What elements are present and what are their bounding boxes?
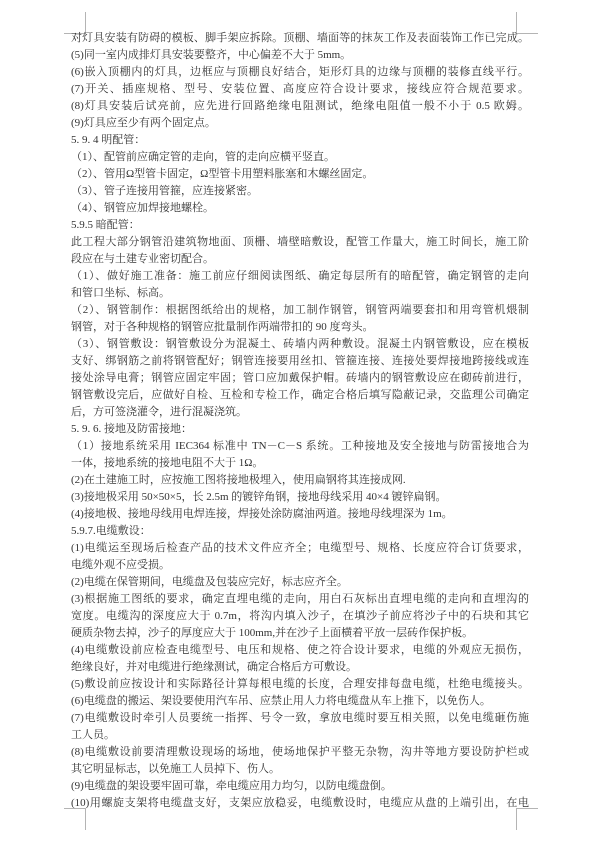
document-line: (7)开关、插座规格、型号、安装位置、高度应符合设计要求，接线应符合规范要求。: [71, 81, 529, 98]
document-line: (1)电缆运至现场后检查产品的技术文件应齐全；电缆型号、规格、长度应符合订货要求…: [71, 540, 529, 557]
document-line: （3）、管子连接用管箍，应连接紧密。: [71, 183, 529, 200]
document-line: 接处涂导电膏；钢管应固定牢固；管口应加戴保护帽。砖墙内的钢管敷设应在砌砖前进行，: [71, 370, 529, 387]
document-line: 和管口坐标、标高。: [71, 285, 529, 302]
document-line: (9)电缆盘的架设要牢固可靠，牵电缆应用力均匀，以防电缆盘倒。: [71, 778, 529, 795]
document-line: (3)接地极采用 50×50×5，长 2.5m 的镀锌角钢，接地母线采用 40×…: [71, 489, 529, 506]
document-line: (7)电缆敷设时牵引人员要统一指挥、号令一致，拿放电缆时要互相关照，以免电缆砸伤…: [71, 710, 529, 727]
document-line: 宽度。电缆沟的深度应大于 0.7m，将沟内填入沙子，在填沙子前应将沙子中的石块和…: [71, 608, 529, 625]
document-line: (4)电缆敷设前应检查电缆型号、电压和规格、使之符合设计要求，电缆的外观应无损伤…: [71, 642, 529, 659]
document-line: （1）、配管前应确定管的走向，管的走向应横平竖直。: [71, 149, 529, 166]
document-line: (10)用螺旋支架将电缆盘支好，支架应放稳妥，电缆敷设时，电缆应从盘的上端引出，…: [71, 795, 529, 812]
document-line: 电缆外观不应受损。: [71, 557, 529, 574]
document-line: (8)电缆敷设前要清理敷设现场的场地，使场地保护平整无杂物，沟井等地方要设防护栏…: [71, 744, 529, 761]
document-line: 硬质杂物去掉，沙子的厚度应大于 100mm,并在沙子上面横着平放一层砖作保护板。: [71, 625, 529, 642]
document-line: (6)电缆盘的搬运、架设要使用汽车吊、应禁止用人力将电缆盘从车上推下，以免伤人。: [71, 693, 529, 710]
document-line: (3)根据施工图纸的要求，确定直埋电缆的走向，用白石灰标出直埋电缆的走向和直埋沟…: [71, 591, 529, 608]
document-line: 其它明显标志，以免施工人员掉下、伤人。: [71, 761, 529, 778]
document-line: 一体，接地系统的接地电阻不大于 1Ω。: [71, 455, 529, 472]
document-line: 5.9.5 暗配管：: [71, 217, 529, 234]
document-line: (5)敷设前应按设计和实际路径计算每根电缆的长度，合理安排每盘电缆，杜绝电缆接头…: [71, 676, 529, 693]
document-body: 对灯具安装有防碍的模板、脚手架应拆除。顶棚、墙面等的抹灰工作及表面装饰工作已完成…: [71, 30, 529, 812]
document-line: (4)接地极、接地母线用电焊连接，焊接处涂防腐油两道。接地母线埋深为 1m。: [71, 506, 529, 523]
document-line: （2）、管用Ω型管卡固定，Ω型管卡用塑料胀塞和木螺丝固定。: [71, 166, 529, 183]
document-line: (2)电缆在保管期间，电缆盘及包装应完好，标志应齐全。: [71, 574, 529, 591]
document-line: 工人员。: [71, 727, 529, 744]
document-line: (2)在土建施工时，应按施工图将接地极埋入，使用扁钢将其连接成网.: [71, 472, 529, 489]
document-line: （1）接地系统采用 IEC364 标准中 TN－C－S 系统。工种接地及安全接地…: [71, 438, 529, 455]
document-line: 段应在与土建专业密切配合。: [71, 251, 529, 268]
document-line: 钢管敷设完后，应做好自检、互检和专检工作，确定合格后填写隐蔽记录，交监理公司确定: [71, 387, 529, 404]
document-page: 对灯具安装有防碍的模板、脚手架应拆除。顶棚、墙面等的抹灰工作及表面装饰工作已完成…: [0, 0, 600, 856]
document-line: （4）、钢管应加焊接地螺栓。: [71, 200, 529, 217]
document-line: 绝缘良好，并对电缆进行绝缘测试，确定合格后方可敷设。: [71, 659, 529, 676]
document-line: 支好、绑钢筋之前将钢管配好；钢管连接要用丝扣、管箍连接、连接处要焊接地跨接线或连: [71, 353, 529, 370]
document-line: 此工程大部分钢管沿建筑物地面、顶栅、墙壁暗敷设，配管工作量大，施工时间长，施工阶: [71, 234, 529, 251]
document-line: (6)嵌入顶棚内的灯具，边框应与顶棚良好结合，矩形灯具的边缘与顶棚的装修直线平行…: [71, 64, 529, 81]
document-line: 5.9.7.电缆敷设：: [71, 523, 529, 540]
document-line: 5. 9. 6. 接地及防雷接地：: [71, 421, 529, 438]
document-line: (9)灯具应至少有两个固定点。: [71, 115, 529, 132]
document-line: 5. 9. 4 明配管：: [71, 132, 529, 149]
document-line: （2）、钢管制作：根据图纸给出的规格，加工制作钢管，钢管两端要套扣和用弯管机煨制: [71, 302, 529, 319]
document-line: 对灯具安装有防碍的模板、脚手架应拆除。顶棚、墙面等的抹灰工作及表面装饰工作已完成…: [71, 30, 529, 47]
document-line: (8)灯具安装后试亮前，应先进行回路绝缘电阻测试，绝缘电阻值一般不小于 0.5 …: [71, 98, 529, 115]
document-line: （1）、做好施工准备：施工前应仔细阅读图纸、确定每层所有的暗配管，确定钢管的走向: [71, 268, 529, 285]
document-line: （3）、钢管敷设：钢管敷设分为混凝土、砖墙内两种敷设。混凝土内钢管敷设，应在模板: [71, 336, 529, 353]
document-line: (5)同一室内成排灯具安装要整齐，中心偏差不大于 5mm。: [71, 47, 529, 64]
document-line: 后，方可签浇灌令，进行混凝浇筑。: [71, 404, 529, 421]
document-line: 钢管，对于各种规格的钢管应批量制作两端带扣的 90 度弯头。: [71, 319, 529, 336]
